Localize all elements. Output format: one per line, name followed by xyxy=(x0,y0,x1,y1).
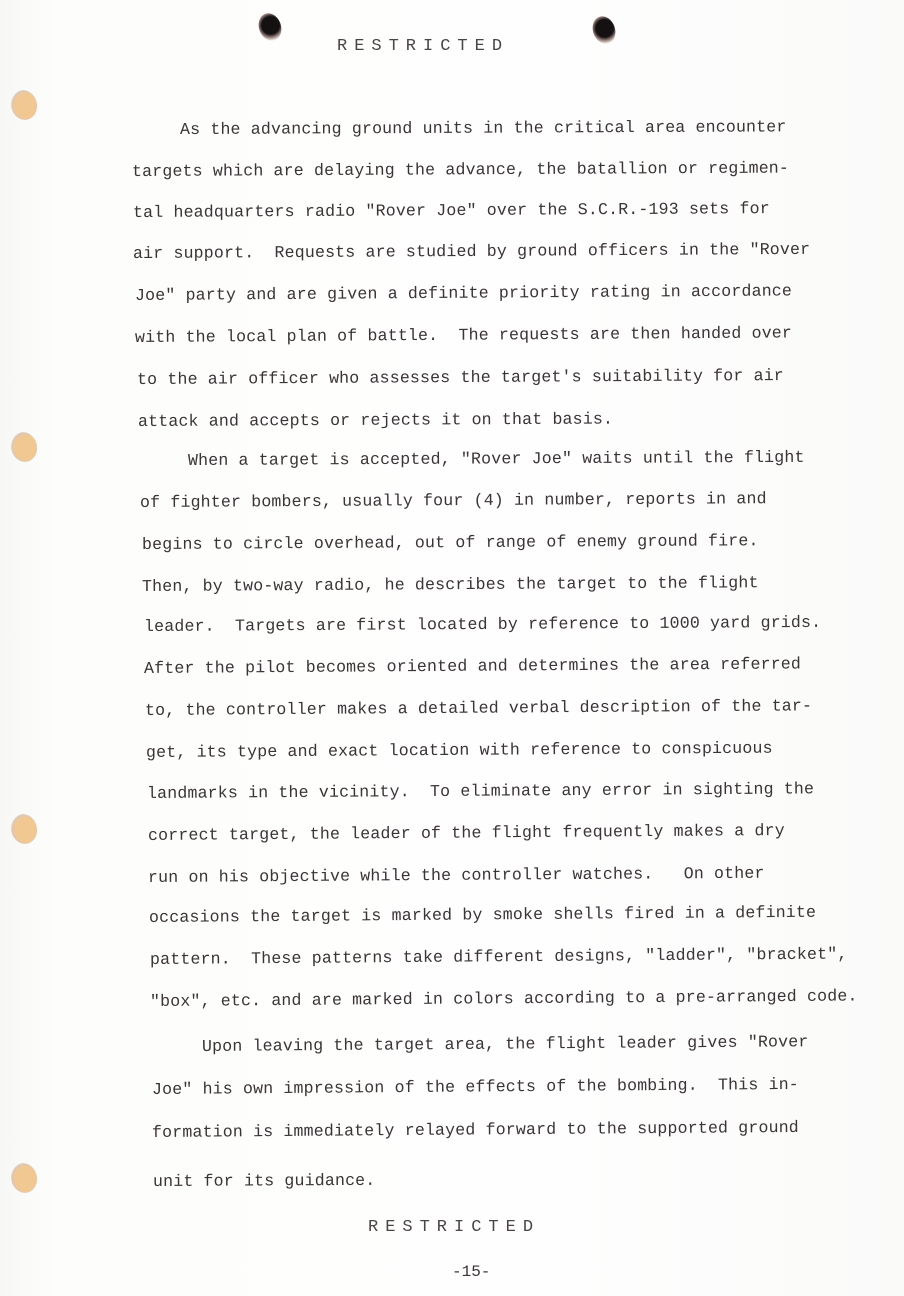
text-line: leader. Targets are first located by ref… xyxy=(144,613,821,636)
text-line: As the advancing ground units in the cri… xyxy=(180,117,787,139)
text-line: occasions the target is marked by smoke … xyxy=(149,903,816,927)
text-line: correct target, the leader of the flight… xyxy=(148,821,785,845)
text-line: Joe" party and are given a definite prio… xyxy=(135,281,792,305)
document-page: RESTRICTED As the advancing ground units… xyxy=(0,0,904,1296)
text-line: of fighter bombers, usually four (4) in … xyxy=(140,489,767,512)
text-line: pattern. These patterns take different d… xyxy=(150,945,848,969)
text-line: unit for its guidance. xyxy=(153,1171,375,1191)
text-line: get, its type and exact location with re… xyxy=(146,739,773,762)
text-line: Upon leaving the target area, the flight… xyxy=(202,1032,809,1056)
binder-ring-hole-icon xyxy=(8,811,41,847)
binder-ring-hole-icon xyxy=(8,87,41,123)
text-line: targets which are delaying the advance, … xyxy=(132,159,789,181)
header-classification: RESTRICTED xyxy=(337,37,509,56)
text-line: Then, by two-way radio, he describes the… xyxy=(142,573,759,596)
text-line: to the air officer who assesses the targ… xyxy=(137,366,784,389)
text-line: attack and accepts or rejects it on that… xyxy=(138,410,613,431)
text-line: tal headquarters radio "Rover Joe" over … xyxy=(133,199,770,222)
text-line: When a target is accepted, "Rover Joe" w… xyxy=(188,448,805,470)
binder-ring-hole-icon xyxy=(8,1160,41,1196)
text-line: After the pilot becomes oriented and det… xyxy=(144,654,801,678)
text-line: begins to circle overhead, out of range … xyxy=(142,531,759,554)
text-line: to, the controller makes a detailed verb… xyxy=(145,696,812,720)
text-line: Joe" his own impression of the effects o… xyxy=(152,1075,799,1099)
punch-hole-icon xyxy=(589,13,619,47)
text-line: formation is immediately relayed forward… xyxy=(152,1118,799,1142)
text-line: landmarks in the vicinity. To eliminate … xyxy=(147,779,814,803)
text-line: with the local plan of battle. The reque… xyxy=(135,323,792,347)
page-number: -15- xyxy=(452,1263,490,1281)
footer-classification: RESTRICTED xyxy=(368,1218,540,1237)
binder-ring-hole-icon xyxy=(8,429,41,465)
text-line: air support. Requests are studied by gro… xyxy=(133,240,810,263)
text-line: "box", etc. and are marked in colors acc… xyxy=(150,986,858,1011)
punch-hole-icon xyxy=(255,10,285,44)
text-line: run on his objective while the controlle… xyxy=(148,864,765,887)
